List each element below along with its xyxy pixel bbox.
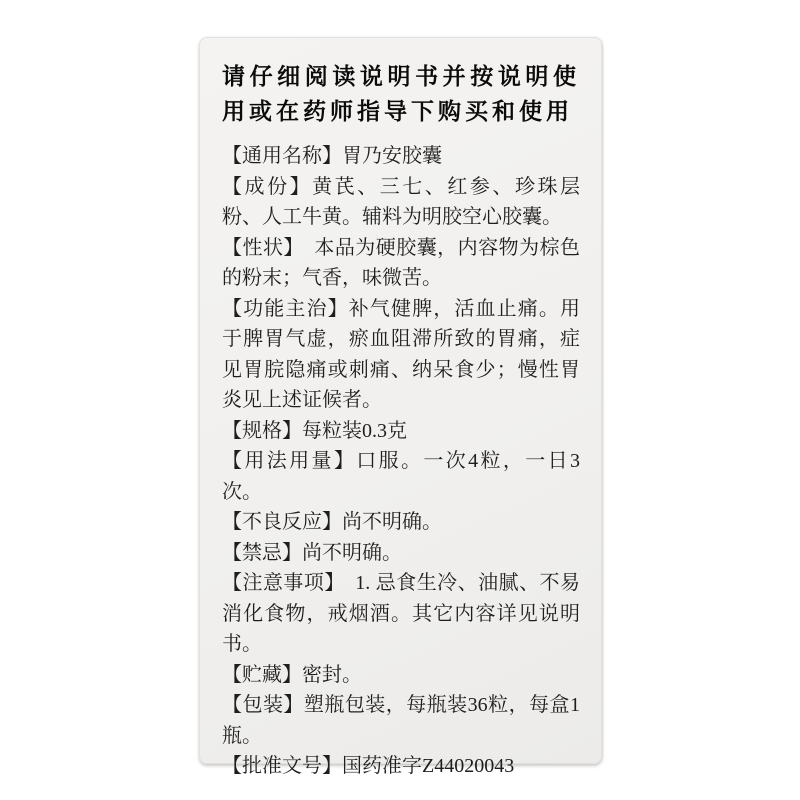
section-packaging-label: 【包装】 [222,694,304,716]
section-dosage-label: 【用法用量】 [222,450,356,472]
section-specification-label: 【规格】 [222,420,302,442]
section-specification: 【规格】每粒装0.3克 [222,416,580,447]
section-ingredients: 【成份】黄芪、三七、红参、珍珠层粉、人工牛黄。辅料为明胶空心胶囊。 [222,172,580,233]
section-description: 【性状】 本品为硬胶囊，内容物为棕色的粉末；气香，味微苦。 [222,233,580,294]
usage-warning-heading: 请仔细阅读说明书并按说明使用或在药师指导下购买和使用 [222,59,580,129]
section-generic-name-text: 胃乃安胶囊 [342,145,442,167]
section-precautions-label: 【注意事项】 [222,572,335,594]
section-approval-number: 【批准文号】国药准字Z44020043 [222,751,580,782]
label-sections: 【通用名称】胃乃安胶囊 【成份】黄芪、三七、红参、珍珠层粉、人工牛黄。辅料为明胶… [222,141,580,782]
section-packaging: 【包装】塑瓶包装，每瓶装36粒，每盒1瓶。 [222,690,580,751]
section-contraindications-label: 【禁忌】 [222,542,302,564]
section-contraindications-text: 尚不明确。 [302,542,402,564]
section-approval-number-text: 国药准字Z44020043 [342,755,514,777]
section-generic-name: 【通用名称】胃乃安胶囊 [222,141,580,172]
section-precautions: 【注意事项】 1. 忌食生冷、油腻、不易消化食物，戒烟酒。其它内容详见说明书。 [222,568,580,660]
section-functions-indications: 【功能主治】补气健脾，活血止痛。用于脾胃气虚，瘀血阻滞所致的胃痛，症见胃脘隐痛或… [222,294,580,416]
section-adverse-reactions-label: 【不良反应】 [222,511,342,533]
section-ingredients-label: 【成份】 [222,176,312,198]
section-approval-number-label: 【批准文号】 [222,755,342,777]
section-generic-name-label: 【通用名称】 [222,145,342,167]
section-specification-text: 每粒装0.3克 [302,420,407,442]
section-storage-text: 密封。 [302,664,362,686]
product-photo-background: 请仔细阅读说明书并按说明使用或在药师指导下购买和使用 【通用名称】胃乃安胶囊 【… [0,0,800,800]
page-background: { "panel": { "warning": "请仔细阅读说明书并按说明使用或… [0,0,800,800]
section-storage: 【贮藏】密封。 [222,660,580,691]
section-adverse-reactions: 【不良反应】尚不明确。 [222,507,580,538]
section-adverse-reactions-text: 尚不明确。 [342,511,442,533]
medicine-label-panel: 请仔细阅读说明书并按说明使用或在药师指导下购买和使用 【通用名称】胃乃安胶囊 【… [199,37,602,764]
section-contraindications: 【禁忌】尚不明确。 [222,538,580,569]
section-dosage: 【用法用量】口服。一次4粒，一日3次。 [222,446,580,507]
section-functions-indications-label: 【功能主治】 [222,298,349,320]
section-storage-label: 【贮藏】 [222,664,302,686]
section-description-label: 【性状】 [222,237,294,259]
